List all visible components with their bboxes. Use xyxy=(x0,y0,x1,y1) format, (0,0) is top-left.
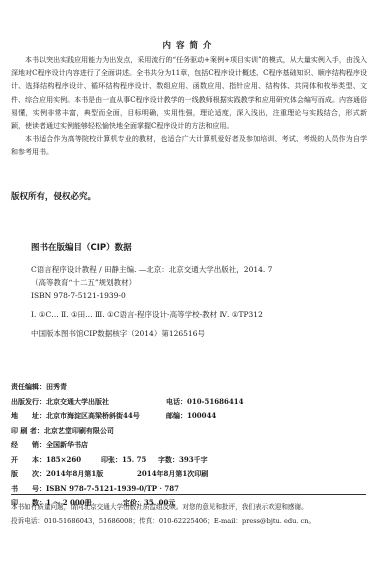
colophon-distributor: 经 销：全国新华书店 xyxy=(11,438,366,453)
rights-notice: 版权所有，侵权必究。 xyxy=(11,190,96,202)
cip-record: C语言程序设计教程 / 田静主编. —北京：北京交通大学出版社，2014. 7 … xyxy=(31,263,366,302)
copyright-page: 内 容 简 介 本书以突出实践应用能力为出发点，采用流行的“任务驱动+案例+项目… xyxy=(0,0,375,584)
words-value: 393千字 xyxy=(179,455,208,464)
distributor-label: 经 销： xyxy=(11,440,46,449)
printer-value: 北京艺堂印刷有限公司 xyxy=(44,426,114,435)
abstract-paragraph-2: 本书适合作为高等院校计算机专业的教材，也适合广大计算机爱好者及参加培训、考试、考… xyxy=(11,133,367,159)
abstract-paragraph-1: 本书以突出实践应用能力为出发点，采用流行的“任务驱动+案例+项目实训”的模式，从… xyxy=(11,54,367,133)
cip-line-isbn: ISBN 978-7-5121-1939-0 xyxy=(31,289,366,302)
quality-notice: 本书如有质量问题，请向北京交通大学出版社质监组反映。对您的意见和批评，我们表示欢… xyxy=(11,500,371,528)
colophon-address: 地 址：北京市海淀区高梁桥斜街44号 邮编：100044 xyxy=(11,409,366,424)
divider-rule xyxy=(11,494,366,495)
address-label: 地 址： xyxy=(11,411,46,420)
postcode-label: 邮编： xyxy=(166,411,187,420)
publisher-value: 北京交通大学出版社 xyxy=(46,397,109,406)
colophon-format: 开 本：185×260 印张：15. 75 字数：393千字 xyxy=(11,453,366,468)
sheets-label: 印张： xyxy=(101,455,122,464)
colophon-edition: 版 次：2014年8月第1版 2014年8月第1次印刷 xyxy=(11,467,366,482)
printer-label: 印 刷 者： xyxy=(11,426,44,435)
colophon-printer: 印 刷 者：北京艺堂印刷有限公司 xyxy=(11,424,366,439)
cip-classification: Ⅰ. ①C… Ⅱ. ①田… Ⅲ. ①C语言-程序设计-高等学校-教材 Ⅳ. ①T… xyxy=(31,309,366,320)
colophon: 责任编辑：田秀青 出版发行：北京交通大学出版社 电话：010-51686414 … xyxy=(11,380,366,511)
editor-label: 责任编辑： xyxy=(11,382,46,391)
phone-label: 电话： xyxy=(166,397,187,406)
quality-notice-line-2: 投诉电话：010-51686043，51686008；传真：010-622254… xyxy=(11,514,371,528)
cip-line-series: （高等教育“十二五”规划教材） xyxy=(31,276,366,289)
colophon-editor: 责任编辑：田秀青 xyxy=(11,380,366,395)
abstract-title: 内 容 简 介 xyxy=(0,39,375,51)
cip-title: 图书在版编目（CIP）数据 xyxy=(31,241,132,253)
distributor-value: 全国新华书店 xyxy=(46,440,88,449)
quality-notice-line-1: 本书如有质量问题，请向北京交通大学出版社质监组反映。对您的意见和批评，我们表示欢… xyxy=(11,500,371,514)
postcode-value: 100044 xyxy=(187,411,216,420)
isbn-value: ISBN 978-7-5121-1939-0/TP · 787 xyxy=(46,484,179,493)
format-label: 开 本： xyxy=(11,455,46,464)
sheets-value: 15. 75 xyxy=(122,455,146,464)
format-value: 185×260 xyxy=(46,455,81,464)
isbn-label: 书 号： xyxy=(11,484,46,493)
colophon-publisher: 出版发行：北京交通大学出版社 电话：010-51686414 xyxy=(11,395,366,410)
phone-value: 010-51686414 xyxy=(187,397,243,406)
words-label: 字数： xyxy=(158,455,179,464)
printing-value: 2014年8月第1次印刷 xyxy=(137,469,208,478)
address-value: 北京市海淀区高梁桥斜街44号 xyxy=(46,411,140,420)
cip-line-title: C语言程序设计教程 / 田静主编. —北京：北京交通大学出版社，2014. 7 xyxy=(31,263,366,276)
abstract-body: 本书以突出实践应用能力为出发点，采用流行的“任务驱动+案例+项目实训”的模式，从… xyxy=(11,54,367,160)
cip-record-number: 中国版本图书馆CIP数据核字（2014）第126516号 xyxy=(31,328,205,339)
edition-label: 版 次： xyxy=(11,469,46,478)
edition-value: 2014年8月第1版 xyxy=(46,469,103,478)
editor-value: 田秀青 xyxy=(46,382,67,391)
publisher-label: 出版发行： xyxy=(11,397,46,406)
